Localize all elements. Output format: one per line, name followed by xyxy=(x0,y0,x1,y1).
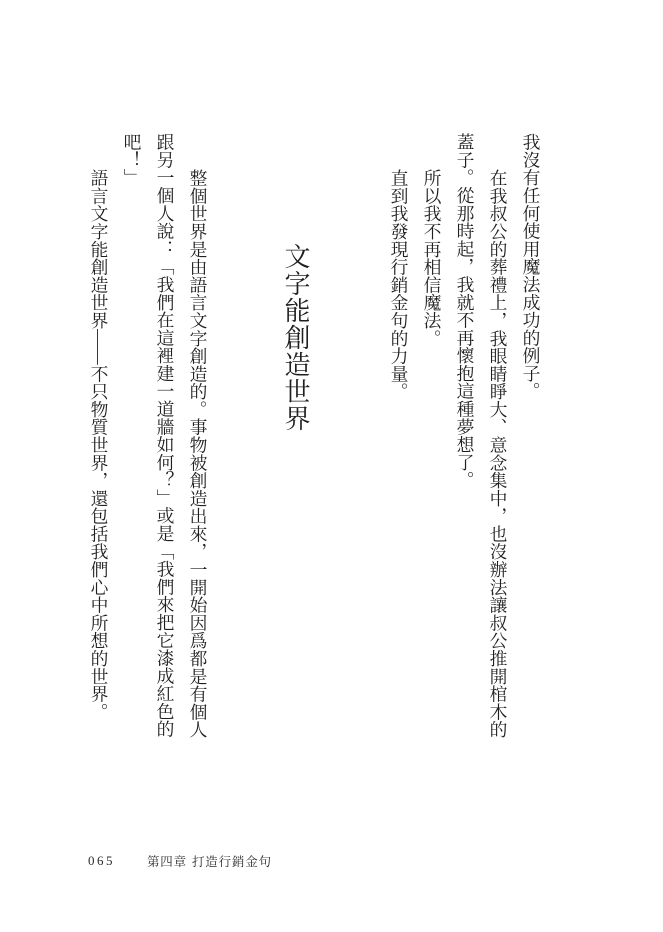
chapter-title: 打造行銷金句 xyxy=(192,853,272,871)
page-footer: 065 第四章 打造行銷金句 xyxy=(0,852,663,872)
paragraph: 直到我發現行銷金句的力量。 xyxy=(382,133,415,743)
paragraph: 整個世界是由語言文字創造的。事物被創造出來，一開始因爲都是有個人跟另一個人說：「… xyxy=(115,133,214,743)
page-number: 065 xyxy=(88,852,115,870)
paragraph: 我沒有任何使用魔法成功的例子。 xyxy=(514,133,547,743)
section-title: 文字能創造世界 xyxy=(279,133,312,743)
paragraph: 在我叔公的葬禮上，我眼睛睜大、意念集中，也沒辦法讓叔公推開棺木的蓋子。從那時起，… xyxy=(448,133,514,743)
paragraph: 所以我不再相信魔法。 xyxy=(415,133,448,743)
book-page: 我沒有任何使用魔法成功的例子。 在我叔公的葬禮上，我眼睛睜大、意念集中，也沒辦法… xyxy=(0,0,663,932)
page-text-block: 我沒有任何使用魔法成功的例子。 在我叔公的葬禮上，我眼睛睜大、意念集中，也沒辦法… xyxy=(81,133,547,743)
chapter-label: 第四章 xyxy=(147,853,187,871)
paragraph: 語言文字能創造世界——不只物質世界，還包括我們心中所想的世界。 xyxy=(82,133,115,743)
